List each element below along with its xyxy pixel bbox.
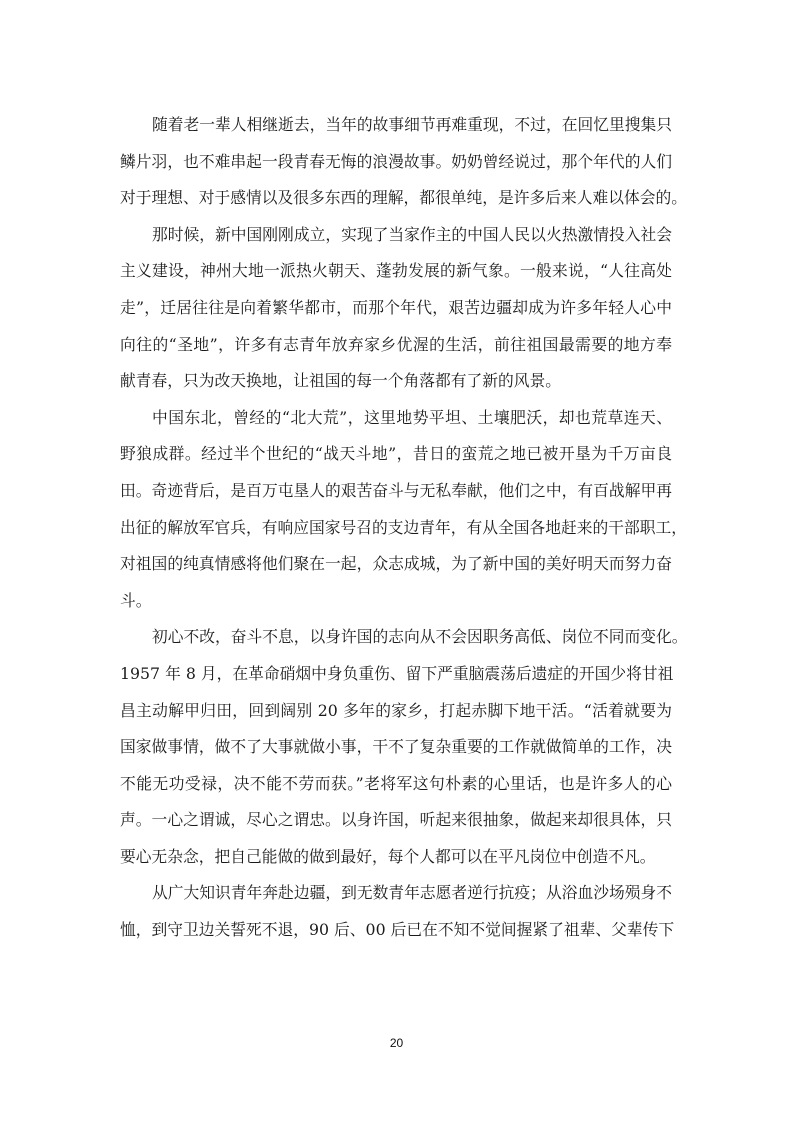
paragraph-4-line-6: 声。一心之谓诚，尽心之谓忠。以身许国，听起来很抽象，做起来却很具体，只 — [120, 802, 672, 839]
paragraph-4-line-2: 1957 年 8 月，在革命硝烟中身负重伤、留下严重脑震荡后遗症的开国少将甘祖 — [120, 656, 672, 693]
paragraph-4-line-3: 昌主动解甲归田，回到阔别 20 多年的家乡，打起赤脚下地干活。“活着就要为 — [120, 693, 672, 730]
paragraph-3-line-2: 野狼成群。经过半个世纪的“战天斗地”，昔日的蛮荒之地已被开垦为千万亩良 — [120, 436, 672, 473]
paragraph-3-line-4: 出征的解放军官兵，有响应国家号召的支边青年，有从全国各地赶来的干部职工， — [120, 510, 672, 547]
paragraph-4-line-7: 要心无杂念，把自己能做的做到最好，每个人都可以在平凡岗位中创造不凡。 — [120, 839, 672, 876]
paragraph-2-line-4: 向往的“圣地”，许多有志青年放弃家乡优渥的生活，前往祖国最需要的地方奉 — [120, 327, 672, 364]
paragraph-1-line-3: 对于理想、对于感情以及很多东西的理解，都很单纯，是许多后来人难以体会的。 — [120, 180, 672, 217]
paragraph-2-line-1: 那时候，新中国刚刚成立，实现了当家作主的中国人民以火热激情投入社会 — [120, 217, 672, 254]
paragraph-3-line-3: 田。奇迹背后，是百万屯垦人的艰苦奋斗与无私奉献，他们之中，有百战解甲再 — [120, 473, 672, 510]
document-page: 随着老一辈人相继逝去，当年的故事细节再难重现，不过，在回忆里搜集只 鳞片羽，也不… — [0, 0, 793, 1122]
paragraph-3-line-1: 中国东北，曾经的“北大荒”，这里地势平坦、土壤肥沃，却也荒草连天、 — [120, 400, 672, 437]
paragraph-4-line-4: 国家做事情，做不了大事就做小事，干不了复杂重要的工作就做简单的工作，决 — [120, 729, 672, 766]
paragraph-1-line-2: 鳞片羽，也不难串起一段青春无悔的浪漫故事。奶奶曾经说过，那个年代的人们 — [120, 144, 672, 181]
body-text: 随着老一辈人相继逝去，当年的故事细节再难重现，不过，在回忆里搜集只 鳞片羽，也不… — [120, 107, 672, 949]
paragraph-1-line-1: 随着老一辈人相继逝去，当年的故事细节再难重现，不过，在回忆里搜集只 — [120, 107, 672, 144]
paragraph-3-line-5: 对祖国的纯真情感将他们聚在一起，众志成城，为了新中国的美好明天而努力奋 — [120, 546, 672, 583]
paragraph-5-line-1: 从广大知识青年奔赴边疆，到无数青年志愿者逆行抗疫；从浴血沙场殒身不 — [120, 875, 672, 912]
paragraph-2-line-2: 主义建设，神州大地一派热火朝天、蓬勃发展的新气象。一般来说，“人往高处 — [120, 253, 672, 290]
paragraph-2-line-3: 走”，迁居往往是向着繁华都市，而那个年代，艰苦边疆却成为许多年轻人心中 — [120, 290, 672, 327]
page-number: 20 — [0, 1036, 793, 1050]
paragraph-4-line-5: 不能无功受禄，决不能不劳而获。”老将军这句朴素的心里话，也是许多人的心 — [120, 766, 672, 803]
paragraph-5-line-2: 恤，到守卫边关誓死不退，90 后、00 后已在不知不觉间握紧了祖辈、父辈传下 — [120, 912, 672, 949]
paragraph-4-line-1: 初心不改，奋斗不息，以身许国的志向从不会因职务高低、岗位不同而变化。 — [120, 619, 672, 656]
paragraph-2-line-5: 献青春，只为改天换地，让祖国的每一个角落都有了新的风景。 — [120, 363, 672, 400]
paragraph-3-line-6: 斗。 — [120, 583, 672, 620]
